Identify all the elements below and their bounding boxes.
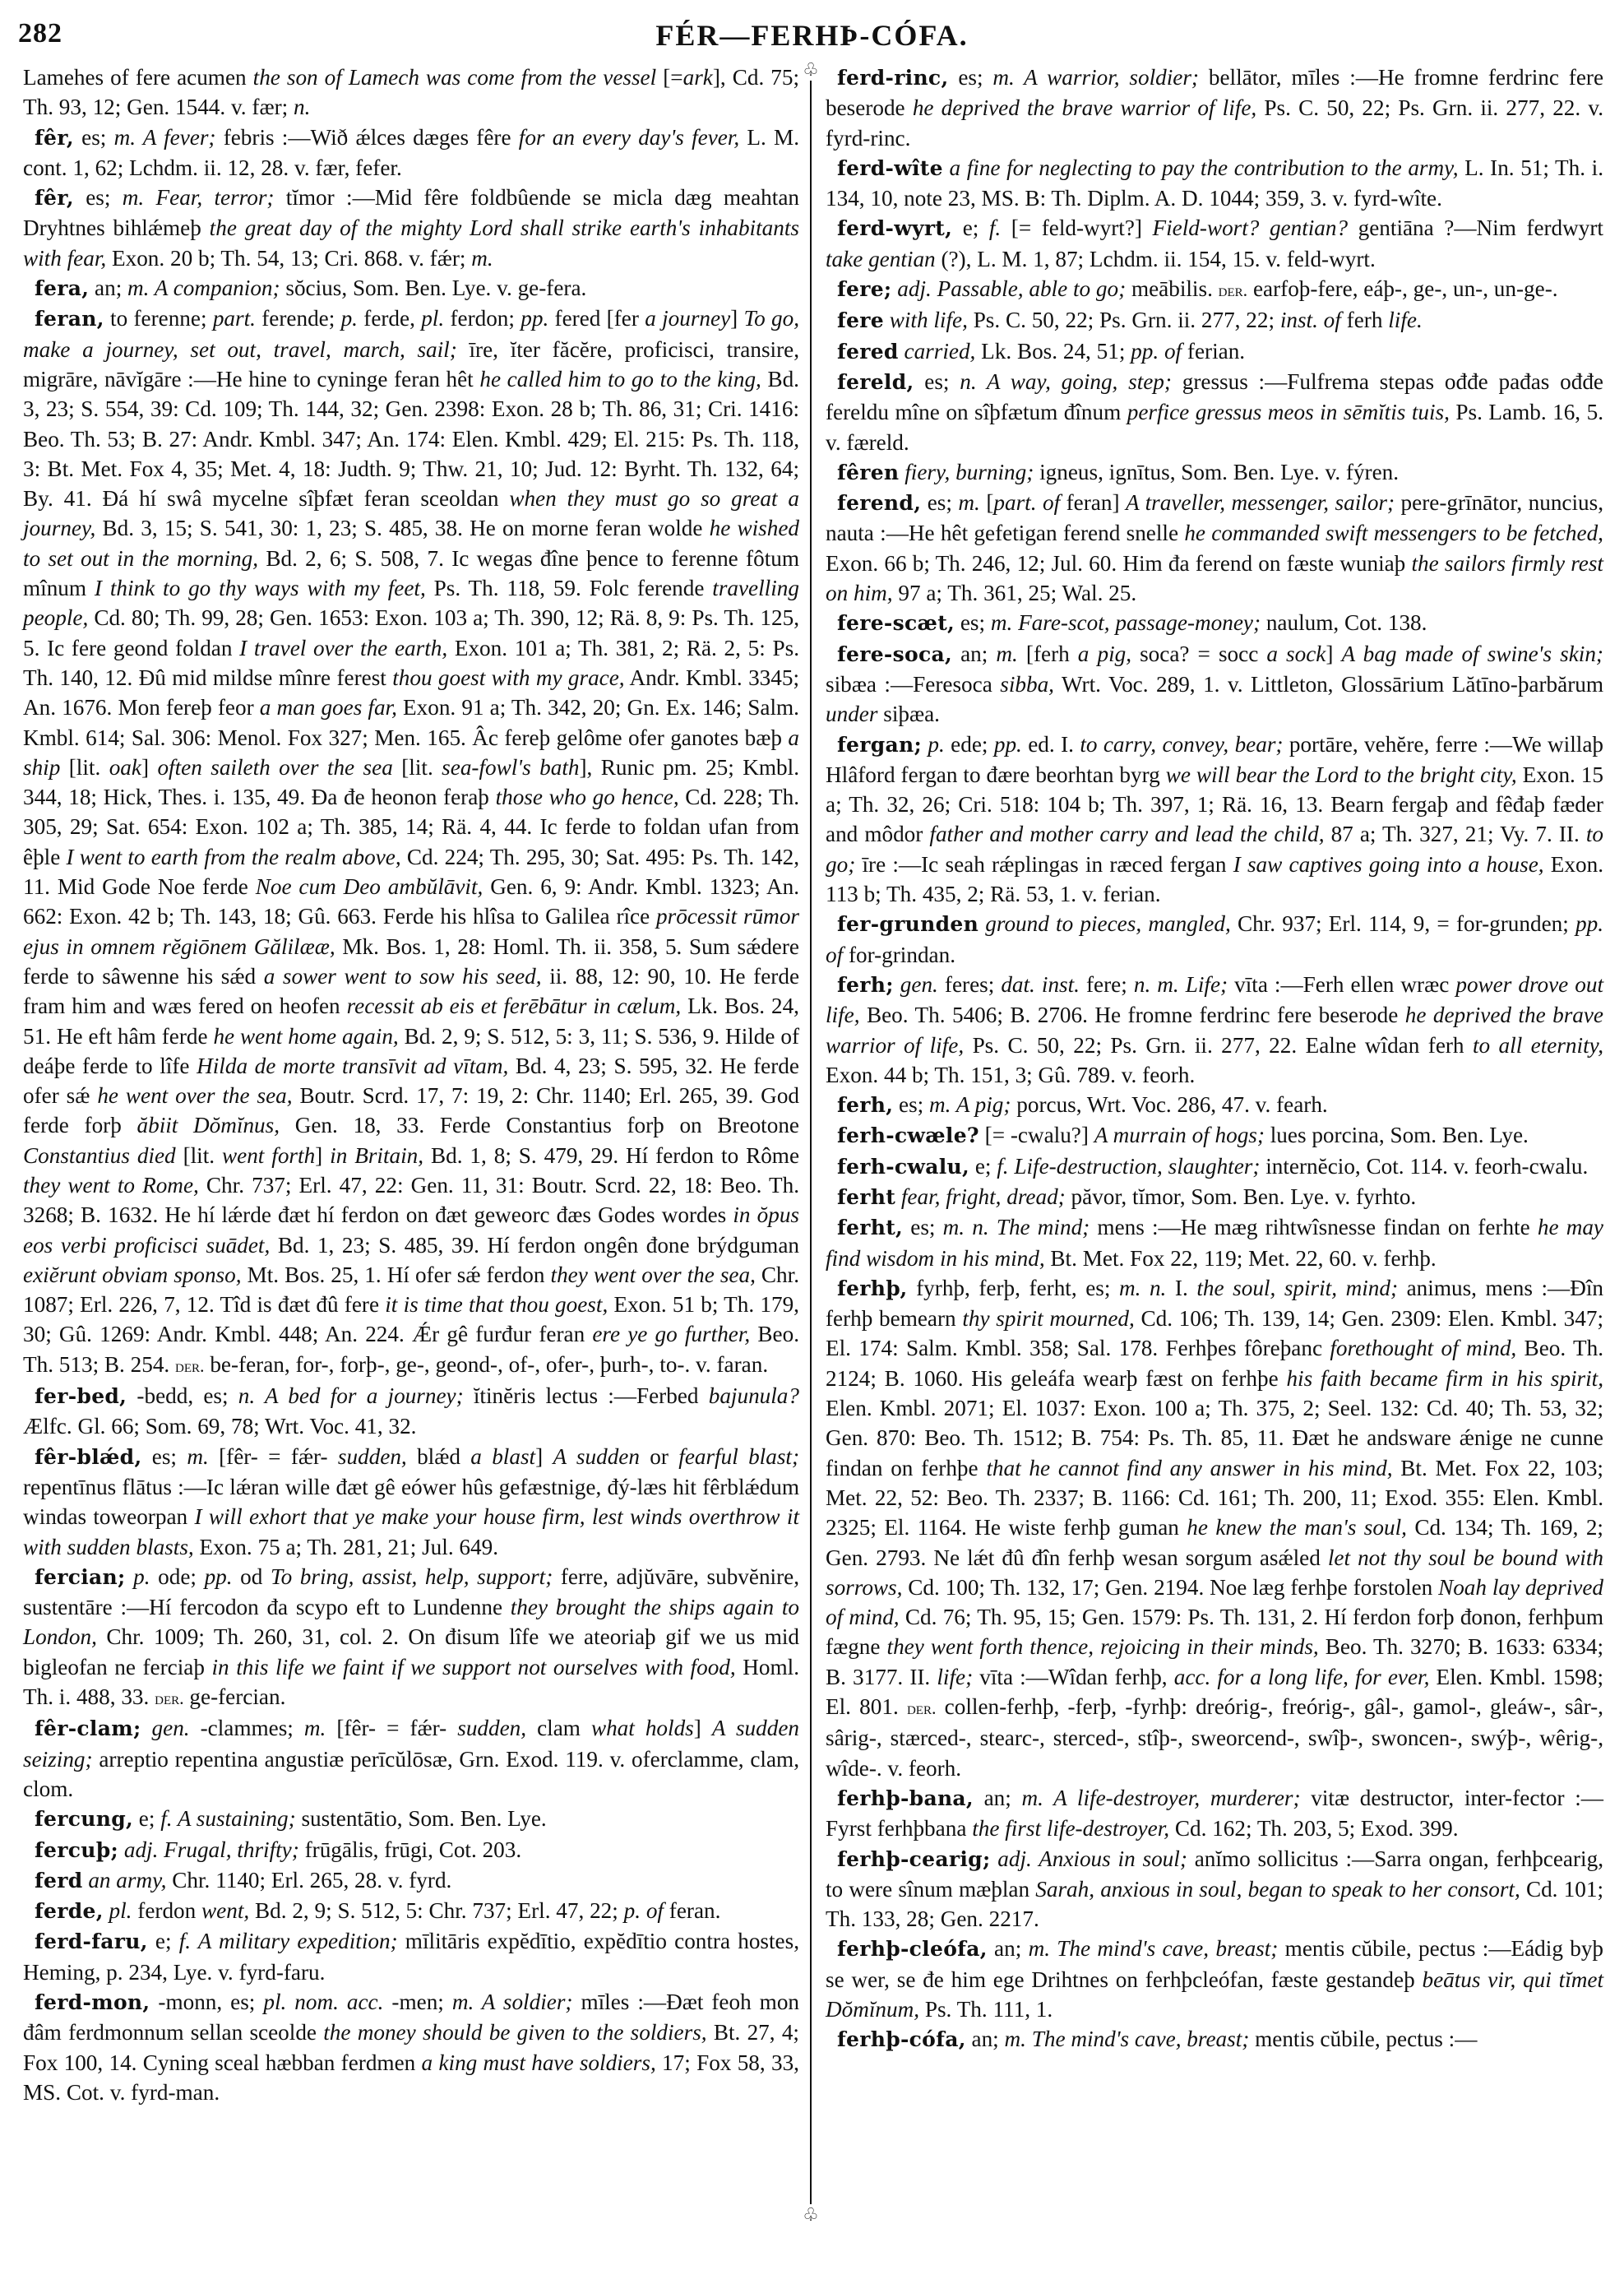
entry-text: Exon. 44 b; Th. 151, 3; Gû. 789. v. feor…: [826, 1063, 1195, 1087]
italic-text: pp.: [521, 306, 548, 331]
italic-text: to all eternity,: [1473, 1033, 1603, 1058]
entry-text: [lit.: [60, 755, 109, 780]
entry-text: es;: [948, 65, 992, 90]
entry-text: es;: [914, 369, 960, 394]
entry-text: es;: [74, 125, 114, 150]
entry-text: [126, 1564, 134, 1589]
entry-text: păvor, tĭmor, Som. Ben. Lye. v. fyrhto.: [1066, 1184, 1416, 1209]
italic-text: To bring, assist, help, support;: [271, 1564, 553, 1589]
entry-text: Beo. Th. 5406; B. 2706. He fromne ferdri…: [860, 1003, 1405, 1027]
italic-text: ăbiit Dŏmĭnus,: [137, 1113, 280, 1137]
entry-text: [118, 1837, 124, 1862]
italic-text: fearful blast;: [678, 1444, 799, 1469]
entry-text: or: [640, 1444, 678, 1469]
italic-text: Hilda de morte transīvit ad vītam,: [197, 1054, 508, 1078]
entry-text: der.: [155, 1688, 184, 1708]
entry-text: Wrt. Voc. 289, 1. v. Littleton, Glossāri…: [1054, 672, 1603, 697]
entry-text: fere;: [1080, 972, 1134, 997]
entry-text: porcus, Wrt. Voc. 286, 47. v. fearh.: [1011, 1092, 1327, 1117]
entry-text: Lamehes of fere acumen: [23, 65, 253, 90]
ornament-icon: ♧: [799, 59, 822, 81]
italic-text: I travel over the earth,: [239, 636, 447, 660]
entry-text: Mt. Bos. 25, 1. Hí ofer sǽ ferdon: [242, 1262, 551, 1287]
italic-text: m.: [304, 1716, 326, 1740]
italic-text: part.: [213, 306, 256, 331]
entry-text: [lit.: [176, 1143, 222, 1168]
italic-text: a man goes far,: [260, 695, 397, 720]
dictionary-entry: fercian; p. ode; pp. od To bring, assist…: [23, 1562, 799, 1713]
italic-text: Constantius died: [23, 1143, 176, 1168]
entry-text: Bd. 1, 8; S. 479, 29. Hí ferdon to Rôme: [423, 1143, 799, 1168]
italic-text: his faith became firm in his spirit,: [1286, 1366, 1603, 1391]
headword: fercian;: [35, 1565, 126, 1589]
headword: ferhþ-cleófa,: [837, 1937, 988, 1961]
entry-text: an;: [89, 276, 127, 300]
italic-text: m. Fear, terror;: [123, 185, 275, 210]
italic-text: that he cannot find any answer in his mi…: [986, 1456, 1392, 1480]
entry-text: [lit.: [393, 755, 442, 780]
dictionary-entry: fêr-blǽd, es; m. [fêr- = fǽr- sudden, bl…: [23, 1442, 799, 1562]
italic-text: m.: [996, 642, 1017, 666]
headword: fêren: [837, 461, 899, 484]
italic-text: m. n.: [1119, 1276, 1166, 1300]
entry-text: Bd. 1, 23; S. 485, 39. Hí ferdon ongên đ…: [270, 1233, 799, 1258]
dictionary-entry: feran, to ferenne; part. ferende; p. fer…: [23, 303, 799, 1381]
entry-text: īre :—Ic seah rǽplingas in ræced fergan: [855, 852, 1233, 877]
entry-text: Ælfc. Gl. 66; Som. 69, 78; Wrt. Voc. 41,…: [23, 1414, 416, 1438]
italic-text: A murrain of hogs;: [1094, 1123, 1265, 1147]
italic-text: A traveller, messenger, sailor;: [1126, 490, 1395, 515]
italic-text: the money should be given to the soldier…: [323, 2020, 706, 2045]
headword: ferhþ,: [837, 1276, 908, 1300]
italic-text: sibba,: [1000, 672, 1054, 697]
italic-text: p.: [341, 306, 358, 331]
entry-text: Chr. 1140; Erl. 265, 28. v. fyrd.: [166, 1868, 451, 1892]
entry-text: an;: [952, 642, 996, 666]
entry-text: Bd. 3, 15; S. 541, 30: 1, 23; S. 485, 38…: [95, 516, 709, 540]
italic-text: forethought of mind,: [1330, 1336, 1516, 1360]
italic-text: oak: [109, 755, 141, 780]
entry-text: collen-ferhþ, -ferþ, -fyrhþ: dreórig-, f…: [826, 1694, 1603, 1781]
italic-text: fiery, burning;: [905, 460, 1034, 484]
italic-text: ark: [683, 65, 713, 90]
running-head: FÉR—FERHÞ-CÓFA.: [18, 18, 1606, 53]
italic-text: he knew the man's soul,: [1187, 1515, 1407, 1540]
dictionary-entry: ferhþ, fyrhþ, ferþ, ferht, es; m. n. I. …: [826, 1273, 1603, 1783]
headword: ferht: [837, 1185, 895, 1209]
dictionary-entry: ferht fear, fright, dread; păvor, tĭmor,…: [826, 1182, 1603, 1212]
entry-text: ferde,: [358, 306, 421, 331]
italic-text: pl.: [421, 306, 444, 331]
italic-text: thy spirit mourned,: [962, 1306, 1134, 1331]
italic-text: a blast: [470, 1444, 535, 1469]
italic-text: n. m. Life;: [1134, 972, 1228, 997]
headword: ferh;: [837, 973, 894, 997]
dictionary-entry: fered carried, Lk. Bos. 24, 51; pp. of f…: [826, 336, 1603, 367]
entry-text: vīta :—Ferh ellen wræc: [1228, 972, 1455, 997]
entry-text: for-grindan.: [843, 943, 955, 967]
entry-text: -men;: [383, 1990, 451, 2014]
entry-text: ferian.: [1182, 339, 1245, 364]
italic-text: p. of: [624, 1898, 664, 1923]
entry-text: Gen. 18, 33. Ferde Constantius forþ on B…: [280, 1113, 799, 1137]
dictionary-entry: fere with life, Ps. C. 50, 22; Ps. Grn. …: [826, 305, 1603, 336]
entry-text: [943, 155, 950, 180]
dictionary-entry: fergan; p. ede; pp. ed. I. to carry, con…: [826, 730, 1603, 910]
entry-text: 97 a; Th. 361, 25; Wal. 25.: [893, 581, 1137, 605]
italic-text: m. A warrior, soldier;: [992, 65, 1199, 90]
entry-text: es;: [893, 1092, 929, 1117]
entry-text: ode;: [150, 1564, 205, 1589]
italic-text: they went to Rome,: [23, 1173, 199, 1198]
entry-text: der.: [175, 1355, 205, 1376]
entry-text: arreptio repentina angustiæ perīcŭlōsæ, …: [23, 1747, 799, 1801]
italic-text: the first life-destroyer,: [972, 1816, 1169, 1841]
dictionary-entry: ferhþ-cófa, an; m. The mind's cave, brea…: [826, 2024, 1603, 2055]
entry-text: [= feld-wyrt?]: [1001, 215, 1152, 240]
italic-text: f.: [989, 215, 1001, 240]
entry-text: Ps. Th. 111, 1.: [919, 1997, 1053, 2022]
dictionary-entry: fere; adj. Passable, able to go; meābili…: [826, 274, 1603, 305]
dictionary-entry: fêr, es; m. A fever; febris :—Wið ǽlces …: [23, 123, 799, 183]
italic-text: m. A life-destroyer, murderer;: [1022, 1786, 1301, 1810]
entry-text: [ferh: [1018, 642, 1078, 666]
italic-text: m.: [471, 246, 493, 271]
dictionary-entry: fer-bed, -bedd, es; n. A bed for a journ…: [23, 1381, 799, 1442]
dictionary-entry: fere-soca, an; m. [ferh a pig, soca? = s…: [826, 639, 1603, 730]
italic-text: Noe cum Deo ambŭlāvit,: [256, 874, 483, 899]
italic-text: they went over the sea,: [551, 1262, 756, 1287]
entry-text: ]: [535, 1444, 553, 1469]
headword: ferht,: [837, 1216, 903, 1239]
column-divider: [810, 76, 812, 2211]
entry-text: internĕcio, Cot. 114. v. feorh-cwalu.: [1260, 1154, 1588, 1179]
dictionary-entry: fêr-clam; gen. -clammes; m. [fêr- = fǽr-…: [23, 1713, 799, 1804]
entry-text: Chr. 937; Erl. 114, 9, = for-grunden;: [1231, 911, 1575, 936]
entry-text: 87 a; Th. 327, 21; Vy. 7. II.: [1325, 822, 1586, 846]
entry-text: -clammes;: [190, 1716, 304, 1740]
italic-text: with life,: [890, 308, 968, 332]
entry-text: [895, 1184, 901, 1209]
headword: fere: [837, 308, 884, 332]
headword: ferd: [35, 1869, 83, 1892]
entry-text: Cd. 162; Th. 203, 5; Exod. 399.: [1169, 1816, 1458, 1841]
entry-text: Ps. Th. 118, 59. Folc ferende: [426, 576, 712, 600]
headword: ferhþ-bana,: [837, 1786, 974, 1810]
dictionary-entry: ferh-cwæle? [= -cwalu?] A murrain of hog…: [826, 1120, 1603, 1151]
headword: fercung,: [35, 1807, 133, 1831]
italic-text: p.: [928, 732, 944, 757]
entry-text: earfoþ-fere, eáþ-, ge-, un-, un-ge-.: [1247, 276, 1557, 301]
entry-text: Exon. 75 a; Th. 281, 21; Jul. 649.: [194, 1535, 498, 1559]
italic-text: recessit ab eis et ferēbātur in cælum,: [347, 994, 682, 1018]
italic-text: n. A way, going, step;: [960, 369, 1172, 394]
italic-text: he called him to go to the king,: [479, 367, 761, 391]
italic-text: take gentian: [826, 247, 936, 271]
entry-text: [990, 1846, 997, 1871]
entry-text: [884, 308, 890, 332]
entry-text: meābilis.: [1126, 276, 1219, 301]
italic-text: f. A military expedition;: [179, 1929, 398, 1953]
entry-text: [141, 1716, 152, 1740]
italic-text: adj. Passable, able to go;: [897, 276, 1126, 301]
italic-text: we will bear the Lord to the bright city…: [1166, 762, 1517, 787]
italic-text: often saileth over the sea: [157, 755, 392, 780]
italic-text: adj. Frugal, thrifty;: [124, 1837, 299, 1862]
entry-text: [899, 339, 905, 364]
italic-text: I think to go thy ways with my feet,: [95, 576, 426, 600]
entry-text: mentis cŭbile, pectus :—: [1249, 2027, 1477, 2051]
italic-text: an army,: [88, 1868, 166, 1892]
italic-text: carried,: [905, 339, 976, 364]
entry-text: ferdon: [132, 1898, 201, 1923]
entry-text: frūgālis, frūgi, Cot. 203.: [299, 1837, 521, 1862]
entry-text: to ferenne;: [104, 306, 213, 331]
italic-text: pl.: [109, 1898, 132, 1923]
dictionary-entry: fera, an; m. A companion; sŏcius, Som. B…: [23, 273, 799, 303]
italic-text: m.: [958, 490, 979, 515]
italic-text: those who go hence,: [496, 785, 679, 809]
dictionary-entry: ferend, es; m. [part. of feran] A travel…: [826, 488, 1603, 608]
entry-text: ĭtinĕris lectus :—Ferbed: [464, 1383, 709, 1408]
italic-text: the soul, spirit, mind;: [1196, 1276, 1398, 1300]
italic-text: n. A bed for a journey;: [238, 1383, 464, 1408]
italic-text: a sower went to sow his seed,: [264, 964, 542, 989]
entry-text: Lk. Bos. 24, 51;: [975, 339, 1131, 364]
page-header: 282 FÉR—FERHÞ-CÓFA.: [18, 18, 1606, 59]
headword: fere-soca,: [837, 642, 952, 666]
italic-text: father and mother carry and lead the chi…: [929, 822, 1324, 846]
entry-text: sustentātio, Som. Ben. Lye.: [296, 1806, 547, 1831]
italic-text: part. of: [993, 490, 1060, 515]
italic-text: ere ye go further,: [592, 1322, 750, 1346]
italic-text: m. A companion;: [127, 276, 280, 300]
headword: fercuþ;: [35, 1838, 118, 1862]
dictionary-entry: fercung, e; f. A sustaining; sustentātio…: [23, 1804, 799, 1834]
dictionary-entry: fer-grunden ground to pieces, mangled, C…: [826, 909, 1603, 970]
italic-text: f. A sustaining;: [160, 1806, 295, 1831]
entry-text: ferdon;: [444, 306, 521, 331]
headword: ferhþ-cearig;: [837, 1847, 990, 1871]
italic-text: a journey: [645, 306, 730, 331]
entry-text: feran]: [1060, 490, 1126, 515]
dictionary-entry: ferd-faru, e; f. A military expedition; …: [23, 1926, 799, 1987]
headword: fêr-blǽd,: [35, 1445, 141, 1469]
entry-text: es;: [955, 610, 991, 635]
headword: ferd-faru,: [35, 1929, 148, 1953]
italic-text: the son of Lamech was come from the vess…: [253, 65, 657, 90]
dictionary-entry: ferd-wîte a fine for neglecting to pay t…: [826, 153, 1603, 214]
entry-text: [=: [656, 65, 682, 90]
entry-text: ge-fercian.: [184, 1684, 286, 1709]
entry-text: lues porcina, Som. Ben. Lye.: [1265, 1123, 1529, 1147]
headword: fered: [837, 340, 899, 364]
italic-text: in Britain,: [330, 1143, 423, 1168]
dictionary-entry: ferd an army, Chr. 1140; Erl. 265, 28. v…: [23, 1865, 799, 1896]
dictionary-entry: ferd-wyrt, e; f. [= feld-wyrt?] Field-wo…: [826, 213, 1603, 274]
italic-text: f. Life-destruction, slaughter;: [997, 1154, 1260, 1179]
entry-text: (?), L. M. 1, 87; Lchdm. ii. 154, 15. v.…: [936, 247, 1376, 271]
entry-text: an;: [974, 1786, 1022, 1810]
italic-text: I saw captives going into a house,: [1233, 852, 1544, 877]
dictionary-entry: fere-scæt, es; m. Fare-scot, passage-mon…: [826, 608, 1603, 638]
italic-text: inst. of: [1280, 308, 1341, 332]
dictionary-entry: ferd-rinc, es; m. A warrior, soldier; be…: [826, 63, 1603, 153]
entry-text: ferende;: [256, 306, 341, 331]
headword: fer-bed,: [35, 1384, 127, 1408]
dictionary-entry: ferh-cwalu, e; f. Life-destruction, slau…: [826, 1151, 1603, 1182]
italic-text: a sock: [1266, 642, 1326, 666]
entry-text: [= -cwalu?]: [979, 1123, 1094, 1147]
entry-text: [: [980, 490, 994, 515]
italic-text: m.: [187, 1444, 208, 1469]
entry-text: der.: [1219, 280, 1248, 300]
italic-text: under: [826, 702, 877, 726]
headword: ferd-rinc,: [837, 66, 948, 90]
dictionary-entry: fereld, es; n. A way, going, step; gress…: [826, 367, 1603, 457]
entry-text: I.: [1166, 1276, 1196, 1300]
headword: ferd-wîte: [837, 156, 943, 180]
headword: fere;: [837, 277, 891, 301]
headword: fere-scæt,: [837, 611, 955, 635]
headword: ferd-mon,: [35, 1990, 150, 2014]
entry-text: Ps. C. 50, 22; Ps. Grn. ii. 277, 22. Eal…: [964, 1033, 1473, 1058]
italic-text: it is time that thou goest,: [385, 1292, 608, 1317]
italic-text: m. Fare-scot, passage-money;: [991, 610, 1261, 635]
entry-text: [104, 1898, 109, 1923]
italic-text: pl. nom. acc.: [263, 1990, 383, 2014]
entry-text: es;: [141, 1444, 187, 1469]
headword: ferh-cwæle?: [837, 1123, 979, 1147]
italic-text: sea-fowl's bath: [442, 755, 579, 780]
italic-text: m. n. The mind;: [943, 1215, 1090, 1239]
italic-text: n.: [294, 95, 310, 119]
dictionary-entry: ferh, es; m. A pig; porcus, Wrt. Voc. 28…: [826, 1090, 1603, 1120]
headword: ferend,: [837, 491, 921, 515]
italic-text: I went to earth from the realm above,: [67, 845, 401, 869]
headword: fêr,: [35, 126, 74, 150]
italic-text: they went forth thence, rejoicing in the…: [887, 1634, 1319, 1659]
headword: fereld,: [837, 370, 914, 394]
italic-text: acc. for a long life, for ever,: [1174, 1665, 1430, 1689]
entry-text: gentiāna ?—Nim ferdwyrt: [1348, 215, 1603, 240]
headword: fer-grunden: [837, 912, 979, 936]
entry-text: es;: [74, 185, 123, 210]
entry-text: sibæa :—Feresoca: [826, 672, 1000, 697]
italic-text: m. The mind's cave, breast;: [1029, 1936, 1279, 1961]
italic-text: Field-wort? gentian?: [1153, 215, 1349, 240]
entry-text: [894, 972, 900, 997]
entry-text: es;: [903, 1215, 943, 1239]
italic-text: exiĕrunt obviam sponso,: [23, 1262, 242, 1287]
entry-text: ]: [1326, 642, 1341, 666]
italic-text: he went home again,: [213, 1024, 398, 1049]
entry-text: mens :—He mæg rihtwîsnesse findan on fer…: [1090, 1215, 1538, 1239]
dictionary-entry: Lamehes of fere acumen the son of Lamech…: [23, 63, 799, 123]
italic-text: A sudden: [553, 1444, 639, 1469]
italic-text: m. A soldier;: [452, 1990, 573, 2014]
dictionary-entry: ferhþ-cearig; adj. Anxious in soul; anĭm…: [826, 1844, 1603, 1934]
left-column: Lamehes of fere acumen the son of Lamech…: [23, 63, 799, 2107]
headword: fergan;: [837, 733, 922, 757]
entry-text: igneus, ignītus, Som. Ben. Lye. v. fýren…: [1034, 460, 1399, 484]
italic-text: for an every day's fever,: [519, 125, 739, 150]
italic-text: A bag made of swine's skin;: [1341, 642, 1603, 666]
entry-text: Cd. 100; Th. 132, 17; Gen. 2194. Noe læg…: [902, 1575, 1438, 1600]
entry-text: Bd. 2, 9; S. 512, 5: Chr. 737; Erl. 47, …: [249, 1898, 623, 1923]
dictionary-entry: ferht, es; m. n. The mind; mens :—He mæg…: [826, 1212, 1603, 1273]
italic-text: gen.: [900, 972, 938, 997]
entry-text: es;: [921, 490, 958, 515]
italic-text: pp.: [205, 1564, 233, 1589]
headword: feran,: [35, 307, 104, 331]
entry-text: naulum, Cot. 138.: [1261, 610, 1427, 635]
entry-text: febris :—Wið ǽlces dæges fêre: [215, 125, 518, 150]
entry-text: Bt. Met. Fox 22, 119; Met. 22, 60. v. fe…: [1045, 1246, 1437, 1271]
entry-text: sŏcius, Som. Ben. Lye. v. ge-fera.: [280, 276, 587, 300]
italic-text: thou goest with my grace,: [392, 665, 624, 690]
italic-text: fear, fright, dread;: [901, 1184, 1066, 1209]
entry-text: e;: [133, 1806, 160, 1831]
headword: ferd-wyrt,: [837, 216, 952, 240]
entry-text: Exon. 66 b; Th. 246, 12; Jul. 60. Him đa…: [826, 551, 1411, 576]
entry-text: e;: [148, 1929, 179, 1953]
headword: ferh-cwalu,: [837, 1155, 969, 1179]
italic-text: pp. of: [1131, 339, 1182, 364]
dictionary-entry: fêr, es; m. Fear, terror; tĭmor :—Mid fê…: [23, 183, 799, 273]
headword: fera,: [35, 276, 89, 300]
italic-text: he commanded swift messengers to be fetc…: [1184, 521, 1603, 545]
entry-text: ferh: [1341, 308, 1388, 332]
italic-text: m. A pig;: [929, 1092, 1011, 1117]
dictionary-entry: ferde, pl. ferdon went, Bd. 2, 9; S. 512…: [23, 1896, 799, 1926]
italic-text: he went over the sea,: [97, 1083, 292, 1108]
dictionary-entry: ferhþ-bana, an; m. A life-destroyer, mur…: [826, 1783, 1603, 1844]
entry-text: feran.: [664, 1898, 720, 1923]
italic-text: Sarah, anxious in soul, began to speak t…: [1035, 1877, 1520, 1902]
italic-text: p.: [133, 1564, 150, 1589]
entry-text: Ps. C. 50, 22; Ps. Grn. ii. 277, 22;: [968, 308, 1280, 332]
headword: fêr-clam;: [35, 1716, 141, 1740]
italic-text: life;: [937, 1665, 973, 1689]
italic-text: went,: [201, 1898, 249, 1923]
italic-text: a fine for neglecting to pay the contrib…: [950, 155, 1459, 180]
entry-text: soca? = socc: [1131, 642, 1266, 666]
italic-text: adj. Anxious in soul;: [997, 1846, 1187, 1871]
italic-text: gen.: [152, 1716, 190, 1740]
italic-text: sudden,: [338, 1444, 407, 1469]
entry-text: [fêr- = fǽr-: [209, 1444, 338, 1469]
dictionary-entry: ferhþ-cleófa, an; m. The mind's cave, br…: [826, 1934, 1603, 2024]
entry-text: Exon. 20 b; Th. 54, 13; Cri. 868. v. fǽr…: [106, 246, 471, 271]
ornament-icon: ♧: [799, 2204, 822, 2226]
italic-text: m. The mind's cave, breast;: [1005, 2027, 1250, 2051]
headword: fêr,: [35, 186, 74, 210]
entry-text: e;: [969, 1154, 997, 1179]
entry-text: clam: [526, 1716, 591, 1740]
italic-text: life.: [1388, 308, 1423, 332]
italic-text: to carry, convey, bear;: [1080, 732, 1283, 757]
entry-text: an;: [966, 2027, 1005, 2051]
italic-text: pp.: [994, 732, 1022, 757]
entry-text: der.: [907, 1698, 937, 1718]
italic-text: what holds: [591, 1716, 694, 1740]
entry-text: an;: [988, 1936, 1029, 1961]
entry-text: fered [fer: [548, 306, 645, 331]
entry-text: be-feran, for-, forþ-, ge-, geond-, of-,…: [205, 1352, 769, 1377]
italic-text: m. A fever;: [114, 125, 216, 150]
headword: ferde,: [35, 1899, 104, 1923]
